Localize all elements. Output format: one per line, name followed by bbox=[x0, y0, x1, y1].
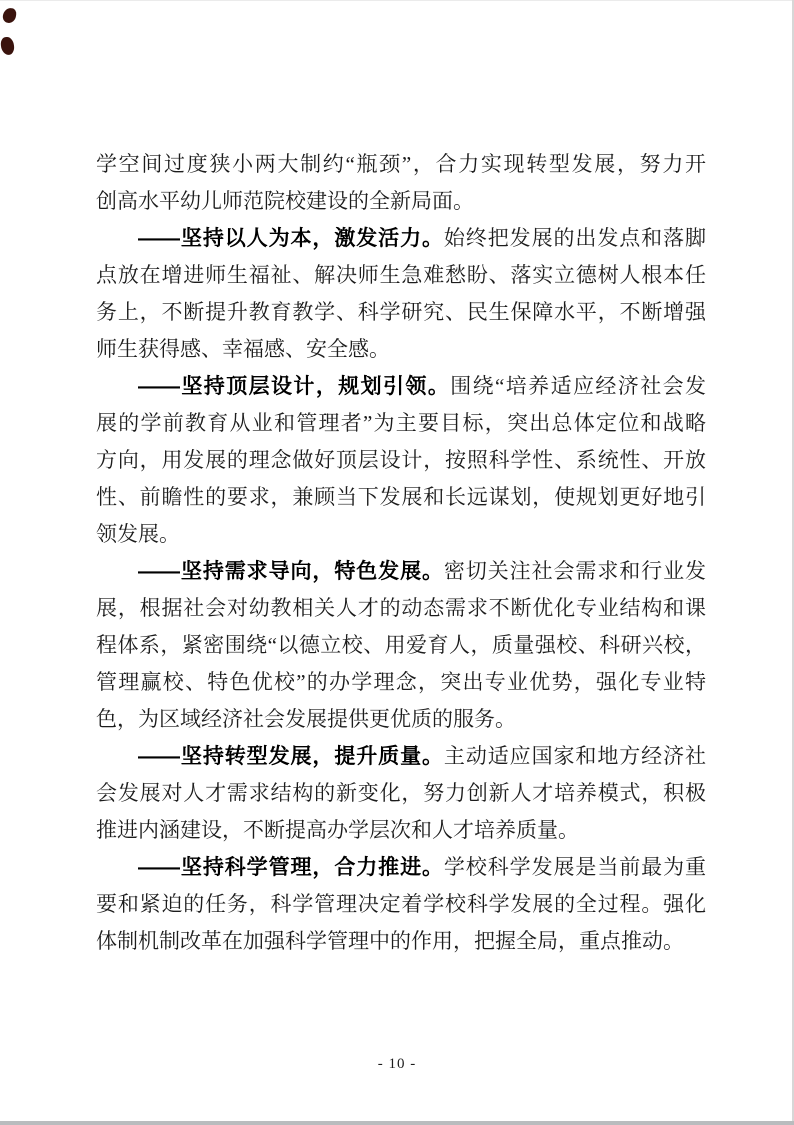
paragraph-text: 务上，不断提升教育教学、科学研究、民生保障水平，不断增强 bbox=[96, 300, 706, 324]
paragraph-text: 师生获得感、幸福感、安全感。 bbox=[96, 337, 390, 361]
paragraph-text: 展的学前教育从业和管理者”为主要目标，突出总体定位和战略 bbox=[96, 411, 706, 435]
page-footer: - 10 - bbox=[0, 1056, 794, 1073]
text-line: 展的学前教育从业和管理者”为主要目标，突出总体定位和战略 bbox=[96, 405, 706, 442]
paragraph-lead-bold: ——坚持需求导向，特色发展。 bbox=[138, 560, 444, 583]
text-line: 性、前瞻性的要求，兼顾当下发展和长远谋划，使规划更好地引 bbox=[96, 479, 706, 516]
paragraph-text: 性、前瞻性的要求，兼顾当下发展和长远谋划，使规划更好地引 bbox=[96, 485, 706, 509]
paragraph-text: 领发展。 bbox=[96, 522, 180, 546]
paragraph-text: 要和紧迫的任务，科学管理决定着学校科学发展的全过程。强化 bbox=[96, 892, 706, 916]
text-line: 体制机制改革在加强科学管理中的作用，把握全局，重点推动。 bbox=[96, 923, 706, 960]
paragraph-text: 学校科学发展是当前最为重 bbox=[444, 855, 706, 879]
paragraph-text: 点放在增进师生福祉、解决师生急难愁盼、落实立德树人根本任 bbox=[96, 263, 706, 287]
paragraph: ——坚持转型发展，提升质量。主动适应国家和地方经济社会发展对人才需求结构的新变化… bbox=[96, 738, 706, 849]
paragraph: ——坚持以人为本，激发活力。始终把发展的出发点和落脚点放在增进师生福祉、解决师生… bbox=[96, 220, 706, 368]
text-line: 创高水平幼儿师范院校建设的全新局面。 bbox=[96, 183, 706, 220]
page-top-edge bbox=[0, 0, 794, 1]
paragraph: ——坚持顶层设计，规划引领。围绕“培养适应经济社会发展的学前教育从业和管理者”为… bbox=[96, 368, 706, 553]
paragraph-text: 程体系，紧密围绕“以德立校、用爱育人，质量强校、科研兴校， bbox=[96, 633, 706, 657]
paragraph-lead-bold: ——坚持以人为本，激发活力。 bbox=[138, 227, 444, 250]
text-line: ——坚持顶层设计，规划引领。围绕“培养适应经济社会发 bbox=[96, 368, 706, 405]
text-line: 推进内涵建设，不断提高办学层次和人才培养质量。 bbox=[96, 812, 706, 849]
paragraph-text: 创高水平幼儿师范院校建设的全新局面。 bbox=[96, 189, 474, 213]
text-line: 领发展。 bbox=[96, 516, 706, 553]
paragraph-lead-bold: ——坚持转型发展，提升质量。 bbox=[138, 745, 444, 768]
text-line: 务上，不断提升教育教学、科学研究、民生保障水平，不断增强 bbox=[96, 294, 706, 331]
paragraph-text: 学空间过度狭小两大制约“瓶颈”，合力实现转型发展，努力开 bbox=[96, 152, 706, 176]
paragraph-lead-bold: ——坚持科学管理，合力推进。 bbox=[138, 856, 444, 879]
text-line: 展，根据社会对幼教相关人才的动态需求不断优化专业结构和课 bbox=[96, 590, 706, 627]
text-line: 师生获得感、幸福感、安全感。 bbox=[96, 331, 706, 368]
paragraph: ——坚持科学管理，合力推进。学校科学发展是当前最为重要和紧迫的任务，科学管理决定… bbox=[96, 849, 706, 960]
paragraph: ——坚持需求导向，特色发展。密切关注社会需求和行业发展，根据社会对幼教相关人才的… bbox=[96, 553, 706, 738]
paragraph-text: 始终把发展的出发点和落脚 bbox=[444, 226, 706, 250]
scan-ink-mark bbox=[2, 7, 17, 24]
paragraph: 学空间过度狭小两大制约“瓶颈”，合力实现转型发展，努力开创高水平幼儿师范院校建设… bbox=[96, 146, 706, 220]
paragraph-text: 展，根据社会对幼教相关人才的动态需求不断优化专业结构和课 bbox=[96, 596, 706, 620]
page-bottom-edge bbox=[0, 1121, 794, 1125]
paragraph-text: 会发展对人才需求结构的新变化，努力创新人才培养模式，积极 bbox=[96, 781, 706, 805]
scan-ink-mark bbox=[0, 36, 15, 55]
paragraph-text: 密切关注社会需求和行业发 bbox=[444, 559, 706, 583]
text-line: ——坚持转型发展，提升质量。主动适应国家和地方经济社 bbox=[96, 738, 706, 775]
paragraph-text: 围绕“培养适应经济社会发 bbox=[450, 374, 706, 398]
text-line: 点放在增进师生福祉、解决师生急难愁盼、落实立德树人根本任 bbox=[96, 257, 706, 294]
paragraph-text: 管理赢校、特色优校”的办学理念，突出专业优势，强化专业特 bbox=[96, 670, 706, 694]
document-body: 学空间过度狭小两大制约“瓶颈”，合力实现转型发展，努力开创高水平幼儿师范院校建设… bbox=[96, 146, 706, 960]
text-line: 学空间过度狭小两大制约“瓶颈”，合力实现转型发展，努力开 bbox=[96, 146, 706, 183]
paragraph-text: 主动适应国家和地方经济社 bbox=[444, 744, 706, 768]
paragraph-text: 方向，用发展的理念做好顶层设计，按照科学性、系统性、开放 bbox=[96, 448, 706, 472]
page-number: - 10 - bbox=[378, 1056, 417, 1072]
paragraph-text: 体制机制改革在加强科学管理中的作用，把握全局，重点推动。 bbox=[96, 929, 684, 953]
text-line: 管理赢校、特色优校”的办学理念，突出专业优势，强化专业特 bbox=[96, 664, 706, 701]
paragraph-text: 色，为区域经济社会发展提供更优质的服务。 bbox=[96, 707, 516, 731]
document-page: 学空间过度狭小两大制约“瓶颈”，合力实现转型发展，努力开创高水平幼儿师范院校建设… bbox=[0, 0, 794, 1125]
text-line: ——坚持以人为本，激发活力。始终把发展的出发点和落脚 bbox=[96, 220, 706, 257]
text-line: ——坚持需求导向，特色发展。密切关注社会需求和行业发 bbox=[96, 553, 706, 590]
text-line: 程体系，紧密围绕“以德立校、用爱育人，质量强校、科研兴校， bbox=[96, 627, 706, 664]
text-line: 色，为区域经济社会发展提供更优质的服务。 bbox=[96, 701, 706, 738]
text-line: 要和紧迫的任务，科学管理决定着学校科学发展的全过程。强化 bbox=[96, 886, 706, 923]
text-line: ——坚持科学管理，合力推进。学校科学发展是当前最为重 bbox=[96, 849, 706, 886]
text-line: 方向，用发展的理念做好顶层设计，按照科学性、系统性、开放 bbox=[96, 442, 706, 479]
text-line: 会发展对人才需求结构的新变化，努力创新人才培养模式，积极 bbox=[96, 775, 706, 812]
paragraph-text: 推进内涵建设，不断提高办学层次和人才培养质量。 bbox=[96, 818, 579, 842]
paragraph-lead-bold: ——坚持顶层设计，规划引领。 bbox=[138, 375, 450, 398]
